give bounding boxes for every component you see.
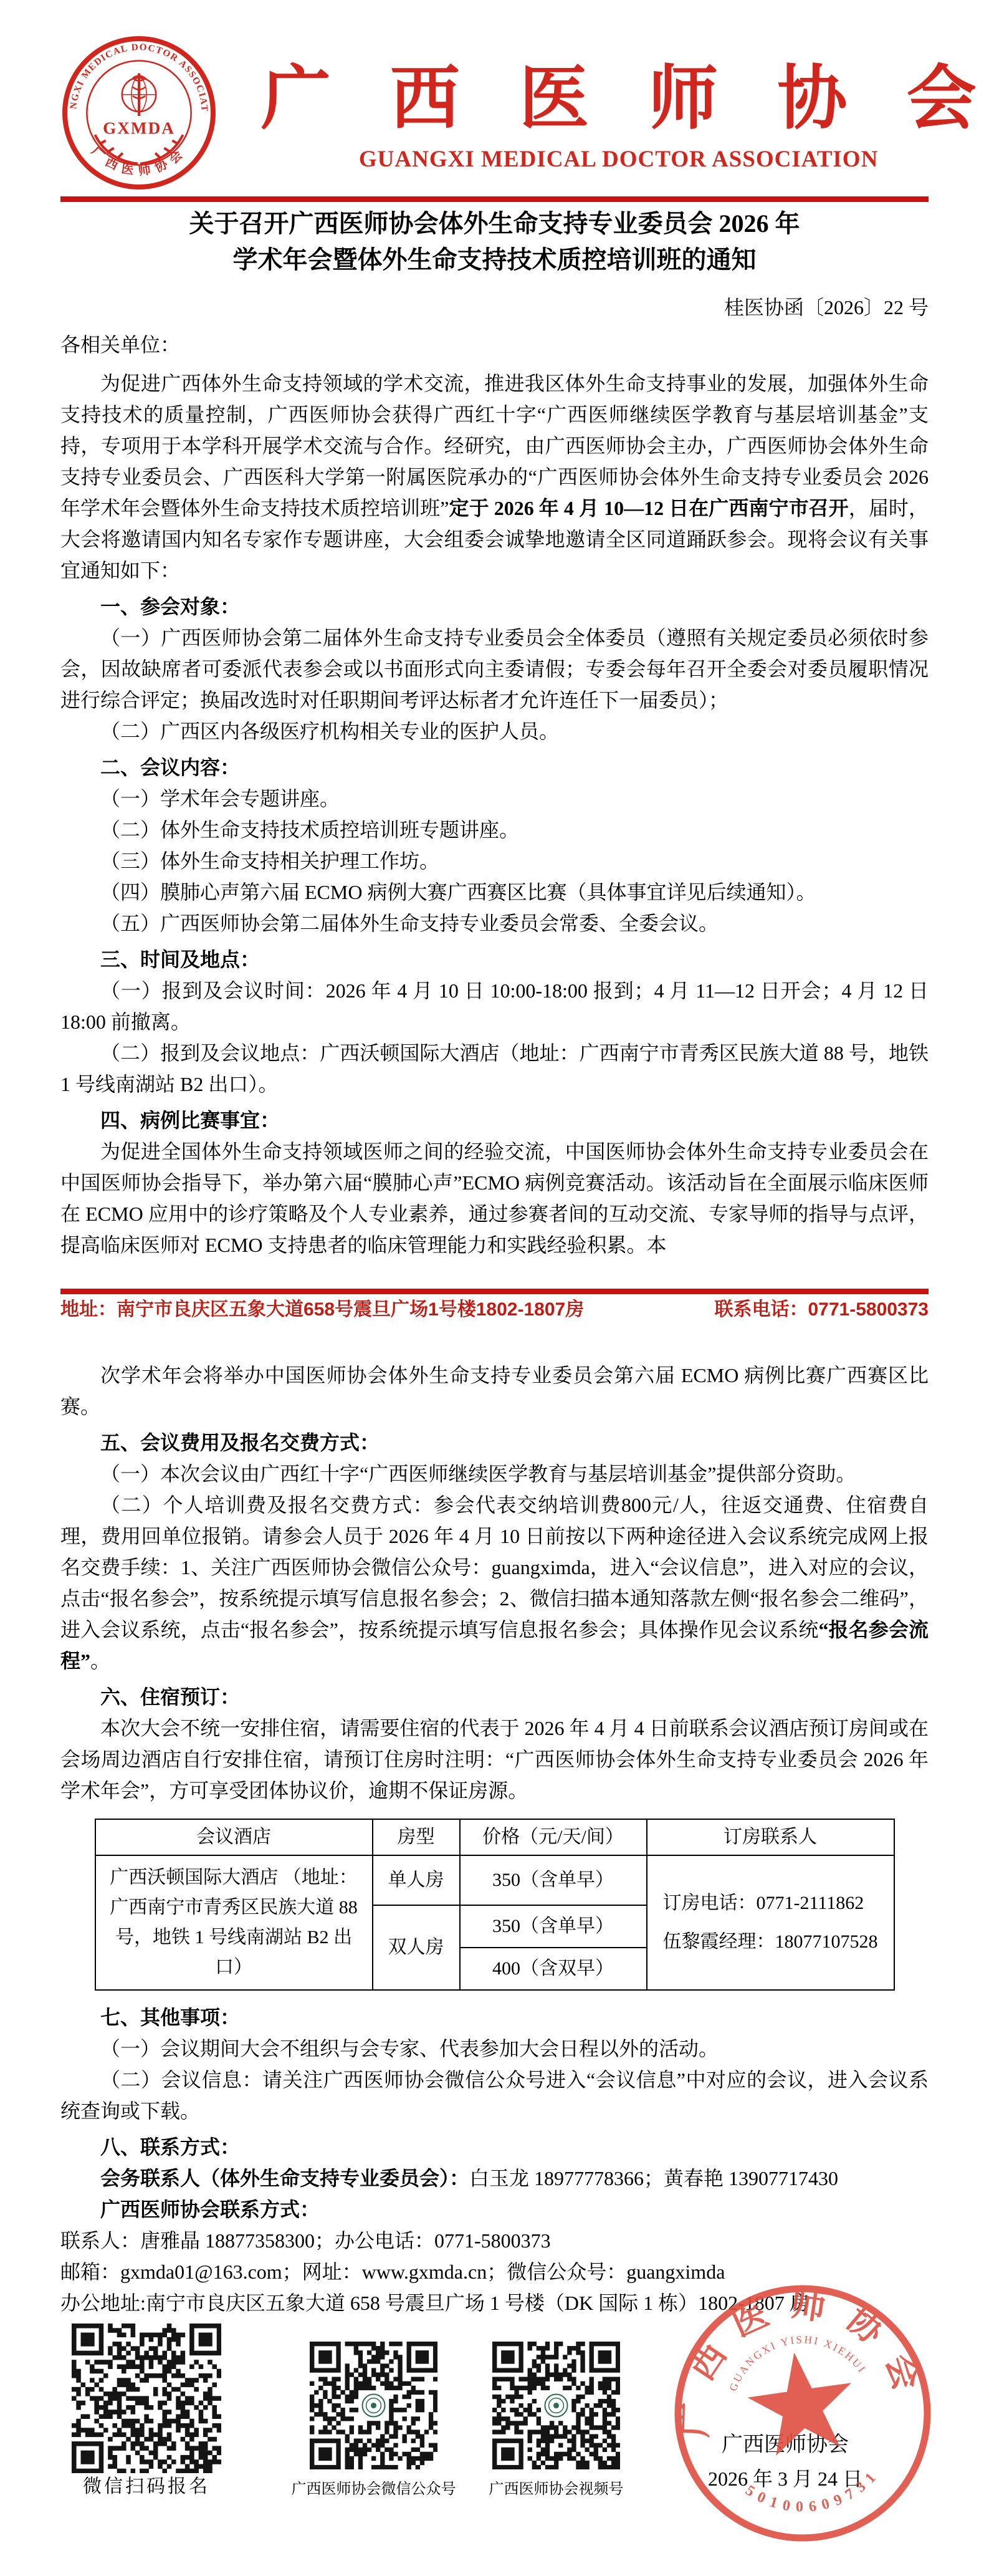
logo-ring-text: GUANGXI MEDICAL DOCTOR ASSOCIATION xyxy=(60,34,209,113)
intro-bold-date: 定于 2026 年 4 月 10—12 日在广西南宁市召开 xyxy=(449,497,848,519)
section2-item5: （五）广西医师协会第二届体外生命支持专业委员会常委、全委会议。 xyxy=(60,908,929,939)
notice-title: 关于召开广西医师协会体外生命支持专业委员会 2026 年学术年会暨体外生命支持技… xyxy=(60,206,929,278)
section4-paragraph2: 次学术年会将举办中国医师协会体外生命支持专业委员会第六届 ECMO 病例比赛广西… xyxy=(60,1360,929,1422)
section5-item1: （一）本次会议由广西红十字“广西医师继续医学教育与基层培训基金”提供部分资助。 xyxy=(60,1458,929,1489)
signature-block: 微信扫码报名 广西医师协会微信公众号 广西医师协会视频号 广西医师协会 2026… xyxy=(0,2276,989,2576)
document-number: 桂医协函〔2026〕22 号 xyxy=(60,292,929,323)
caduceus-icon xyxy=(122,73,156,116)
section3-item1: （一）报到及会议时间：2026 年 4 月 10 日 10:00-18:00 报… xyxy=(60,975,929,1037)
section4-heading: 四、病例比赛事宜： xyxy=(60,1105,929,1136)
signup-qr-label: 微信扫码报名 xyxy=(59,2476,234,2497)
booking-contact-cell: 订房电话：0771-2111862伍黎霞经理：18077107528 xyxy=(647,1855,894,1990)
notice-title-line1: 关于召开广西医师协会体外生命支持专业委员会 2026 年 xyxy=(189,209,800,238)
intro-paragraph: 为促进广西体外生命支持领域的学术交流，推进我区体外生命支持事业的发展，加强体外生… xyxy=(60,368,929,586)
section6-heading: 六、住宿预订： xyxy=(60,1681,929,1713)
section3-heading: 三、时间及地点： xyxy=(60,944,929,975)
section1-item1: （一）广西医师协会第二届体外生命支持专业委员会全体委员（遵照有关规定委员必须依时… xyxy=(60,622,929,716)
letterhead-divider xyxy=(60,196,929,202)
notice-title-line2: 学术年会暨体外生命支持技术质控培训班的通知 xyxy=(233,246,757,274)
wechat-official-account-qr-code xyxy=(310,2342,437,2478)
booking-contact-lines: 订房电话：0771-2111862伍黎霞经理：18077107528 xyxy=(663,1884,878,1961)
section8-committee-contacts: 会务联系人（体外生命支持专业委员会）：白玉龙 18977778366；黄春艳 1… xyxy=(60,2163,929,2194)
section6-paragraph: 本次大会不统一安排住宿，请需要住宿的代表于 2026 年 4 月 4 日前联系会… xyxy=(60,1713,929,1806)
video-channel-qr-code xyxy=(492,2342,620,2478)
table-header-row: 会议酒店 房型 价格（元/天/间） 订房联系人 xyxy=(95,1819,894,1855)
section8-association-contact-heading: 广西医师协会联系方式： xyxy=(60,2194,929,2225)
org-name-cn: 广 西 医 师 协 会 xyxy=(240,52,989,146)
org-name-en: GUANGXI MEDICAL DOCTOR ASSOCIATION xyxy=(240,146,989,173)
section2-item2: （二）体外生命支持技术质控培训班专题讲座。 xyxy=(60,814,929,845)
section2-heading: 二、会议内容： xyxy=(60,752,929,783)
notice-document-page: GUANGXI MEDICAL DOCTOR ASSOCIATION 广西医师协… xyxy=(0,0,989,2576)
letterhead: GUANGXI MEDICAL DOCTOR ASSOCIATION 广西医师协… xyxy=(60,34,929,191)
section5-item2-text: （二）个人培训费及报名交费方式：参会代表交纳培训费800元/人，往返交通费、住宿… xyxy=(60,1494,929,1641)
room-double-cell: 双人房 xyxy=(373,1905,460,1990)
booking-phone: 订房电话：0771-2111862 xyxy=(663,1893,864,1913)
section2-item4: （四）膜肺心声第六届 ECMO 病例大赛广西赛区比赛（具体事宜详见后续通知）。 xyxy=(60,877,929,908)
section5-item2: （二）个人培训费及报名交费方式：参会代表交纳培训费800元/人，往返交通费、住宿… xyxy=(60,1489,929,1676)
logo-abbr: GXMDA xyxy=(103,118,175,137)
section2-item3: （三）体外生命支持相关护理工作坊。 xyxy=(60,845,929,877)
seal-serial-number: 50100609731 xyxy=(741,2464,887,2524)
col-header-price: 价格（元/天/间） xyxy=(460,1819,647,1855)
section4-paragraph1: 为促进全国体外生命支持领域医师之间的经验交流，中国医师协会体外生命支持专业委员会… xyxy=(60,1136,929,1261)
section7-heading: 七、其他事项： xyxy=(60,2002,929,2033)
booking-manager: 伍黎霞经理：18077107528 xyxy=(663,1931,878,1952)
col-header-contact: 订房联系人 xyxy=(647,1819,894,1855)
letterhead-titles: 广 西 医 师 协 会 GUANGXI MEDICAL DOCTOR ASSOC… xyxy=(240,52,989,173)
association-logo: GUANGXI MEDICAL DOCTOR ASSOCIATION 广西医师协… xyxy=(60,34,217,191)
section5-item2-tail: 。 xyxy=(90,1650,110,1672)
hotel-cell: 广西沃顿国际大酒店 （地址：广西南宁市青秀区民族大道 88 号，地铁 1 号线南… xyxy=(95,1855,373,1990)
committee-contact-label: 会务联系人（体外生命支持专业委员会）： xyxy=(100,2167,469,2189)
svg-text:GUANGXI MEDICAL DOCTOR ASSOCIA: GUANGXI MEDICAL DOCTOR ASSOCIATION xyxy=(60,34,209,113)
section7-item1: （一）会议期间大会不组织与会专家、代表参加大会日程以外的活动。 xyxy=(60,2033,929,2064)
signup-qr-code xyxy=(72,2324,221,2482)
page-footer-divider xyxy=(60,1289,929,1294)
association-logo-emblem: GUANGXI MEDICAL DOCTOR ASSOCIATION 广西医师协… xyxy=(60,34,217,191)
svg-text:50100609731: 50100609731 xyxy=(741,2464,887,2524)
price-single-cell: 350（含单早） xyxy=(460,1855,647,1905)
page-footer: 地址：南宁市良庆区五象大道658号震旦广场1号楼1802-1807房 联系电话：… xyxy=(60,1294,929,1325)
salutation: 各相关单位： xyxy=(60,329,929,360)
col-header-hotel: 会议酒店 xyxy=(95,1819,373,1855)
official-seal: 广西医师协会 GUANGXI YISHI XIEHUI 50100609731 xyxy=(651,2261,955,2565)
hotel-price-table: 会议酒店 房型 价格（元/天/间） 订房联系人 广西沃顿国际大酒店 （地址：广西… xyxy=(95,1819,895,1991)
section5-heading: 五、会议费用及报名交费方式： xyxy=(60,1427,929,1458)
price-double2-cell: 400（含双早） xyxy=(460,1948,647,1990)
price-double1-cell: 350（含单早） xyxy=(460,1905,647,1948)
section3-item2: （二）报到及会议地点：广西沃顿国际大酒店（地址：广西南宁市青秀区民族大道 88 … xyxy=(60,1037,929,1100)
section7-item2: （二）会议信息：请关注广西医师协会微信公众号进入“会议信息”中对应的会议，进入会… xyxy=(60,2064,929,2127)
table-row: 广西沃顿国际大酒店 （地址：广西南宁市青秀区民族大道 88 号，地铁 1 号线南… xyxy=(95,1855,894,1905)
section8-contact-person: 联系人：唐雅晶 18877358300；办公电话：0771-5800373 xyxy=(60,2225,929,2256)
page-footer-address: 地址：南宁市良庆区五象大道658号震旦广场1号楼1802-1807房 xyxy=(60,1294,584,1325)
committee-contact-value: 白玉龙 18977778366；黄春艳 13907717430 xyxy=(469,2167,838,2189)
video-channel-qr-label: 广西医师协会视频号 xyxy=(474,2479,639,2500)
section8-heading: 八、联系方式： xyxy=(60,2131,929,2163)
page-footer-phone: 联系电话：0771-5800373 xyxy=(714,1294,929,1325)
section1-heading: 一、参会对象： xyxy=(60,591,929,622)
seal-star-icon xyxy=(742,2345,860,2459)
wechat-official-account-qr-label: 广西医师协会微信公众号 xyxy=(279,2479,469,2500)
section2-item1: （一）学术年会专题讲座。 xyxy=(60,783,929,814)
room-single-cell: 单人房 xyxy=(373,1855,460,1905)
section1-item2: （二）广西区内各级医疗机构相关专业的医护人员。 xyxy=(60,716,929,747)
col-header-room: 房型 xyxy=(373,1819,460,1855)
